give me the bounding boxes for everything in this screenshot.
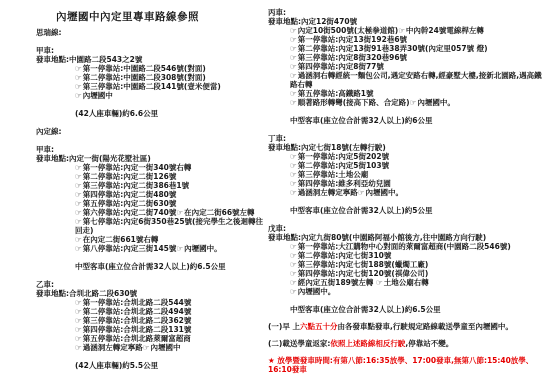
route-stop-line: ☞在內定二街661號右轉 xyxy=(36,235,264,244)
route-stop-line: ☞第三停靠站:合圳北路二段362號 xyxy=(36,316,264,325)
page: 內壢國中內定里專車路線參照 思瑞線:甲車:發車地點:中園路二段543之2號☞第一… xyxy=(0,0,550,389)
pointing-hand-icon: ☞ xyxy=(376,278,384,287)
section-label: 發車地點:中園路二段543之2號 xyxy=(36,55,264,64)
distance-summary: 中型客車(座立位合計需32人以上)約6.5公里 xyxy=(36,262,264,271)
route-stop-line: ☞第二停靠站:內定5街103號 xyxy=(268,161,546,170)
column-left: 思瑞線:甲車:發車地點:中園路二段543之2號☞第一停靠站:中園路二段546號(… xyxy=(36,28,264,370)
note-line: ★ 放學暨發車時間:有第八節:16:35放學、17:00發車,無第八節:15:4… xyxy=(268,356,546,374)
route-stop-line: ☞第一停靠站:合圳北路二段544號 xyxy=(36,298,264,307)
note-text: 依照上述路線相反行駛 xyxy=(330,339,405,348)
route-stop-line: ☞第一停靠站:內定一街340號右轉 xyxy=(36,163,264,172)
route-stop-line: ☞第七停靠站:內定6街350巷25號(接完學生之後迴轉往回走) xyxy=(36,217,264,235)
section-label: 發車地點:內定一街(陽光花墅社區) xyxy=(36,154,264,163)
pointing-hand-icon: ☞ xyxy=(398,26,406,35)
right-lines: 丙車:發車地點:內定12街470號☞內定10街500號(太極拳道館)☞中內幹24… xyxy=(268,8,546,314)
pointing-hand-icon: ☞ xyxy=(75,181,83,190)
route-stop-line: ☞第一停靠站:內定13街192巷6號 xyxy=(268,35,546,44)
section-label: 甲車: xyxy=(36,46,264,55)
route-stop-line: ☞第三停靠站:中園路二段141號(壹米便當) xyxy=(36,82,264,91)
pointing-hand-icon: ☞ xyxy=(290,152,298,161)
pointing-hand-icon: ☞ xyxy=(290,287,298,296)
pointing-hand-icon: ☞ xyxy=(358,188,366,197)
pointing-hand-icon: ☞ xyxy=(75,244,83,253)
route-stop-line: ☞第二停靠站:內定13街91巷38弄30號(內定里057號 燈) xyxy=(268,44,546,53)
route-stop-line: ☞第一停靠站:中園路二段546號(對面) xyxy=(36,64,264,73)
note-line: (一)早 上六點五十分由各發車點發車,行駛規定路線載送學童至內壢國中。 xyxy=(268,322,546,331)
spacer xyxy=(268,107,546,116)
route-stop-line: ☞第五停靠站:合圳北路萊爾富超商 xyxy=(36,334,264,343)
section-label: 戊車: xyxy=(268,224,546,233)
pointing-hand-icon: ☞ xyxy=(290,269,298,278)
pointing-hand-icon: ☞ xyxy=(75,190,83,199)
route-stop-line: ☞第五停靠站:高鐵路1號 xyxy=(268,89,546,98)
note-text: (一)早 上 xyxy=(268,322,300,331)
route-stop-line: ☞第一停靠站:內定5街202號 xyxy=(268,152,546,161)
route-stop-line: ☞第四停靠站:內定8街77號 xyxy=(268,62,546,71)
route-stop-line: ☞順著路形轉彎(接高下路、合定路)☞內壢國中。 xyxy=(268,98,546,107)
spacer xyxy=(36,253,264,262)
pointing-hand-icon: ☞ xyxy=(75,199,83,208)
left-lines: 思瑞線:甲車:發車地點:中園路二段543之2號☞第一停靠站:中園路二段546號(… xyxy=(36,28,264,370)
route-stop-line: ☞第三停靠站:內定七街188號(蠟燭工廠) xyxy=(268,260,546,269)
pointing-hand-icon: ☞ xyxy=(290,44,298,53)
route-stop-line: ☞第二停靠站:中園路二段308號(對面) xyxy=(36,73,264,82)
spacer xyxy=(268,125,546,134)
spacer xyxy=(36,352,264,361)
distance-summary: 中型客車(座立位合計需32人以上)約5公里 xyxy=(268,206,546,215)
route-stop-line: ☞過涵洞右轉經統一麵包公司,遇定安路右轉,經豪墅大樓,接新北園路,遇高鐵路右轉 xyxy=(268,71,546,89)
pointing-hand-icon: ☞ xyxy=(290,278,298,287)
pointing-hand-icon: ☞ xyxy=(290,98,298,107)
distance-summary: (42人座車輛)約5.5公里 xyxy=(36,361,264,370)
route-stop-line: ☞第三停靠站:土地公廟 xyxy=(268,170,546,179)
distance-summary: 中型客車(座立位合計需32人以上)約6.5公里 xyxy=(268,305,546,314)
route-stop-line: ☞第四停靠站:內定二街480號 xyxy=(36,190,264,199)
pointing-hand-icon: ☞ xyxy=(75,217,83,226)
spacer xyxy=(268,296,546,305)
pointing-hand-icon: ☞ xyxy=(75,334,83,343)
spacer xyxy=(36,100,264,109)
pointing-hand-icon: ☞ xyxy=(290,242,298,251)
route-stop-line: ☞第二停靠站:合圳北路二段494號 xyxy=(36,307,264,316)
pointing-hand-icon: ☞ xyxy=(75,163,83,172)
document-title: 內壢國中內定里專車路線參照 xyxy=(20,9,235,24)
route-stop-line: ☞第一停靠站:大江購物中心對面的萊爾富超商(中園路二段546號) xyxy=(268,242,546,251)
spacer xyxy=(36,37,264,46)
star-icon: ★ xyxy=(268,356,275,365)
route-heading: 思瑞線: xyxy=(36,28,264,37)
pointing-hand-icon: ☞ xyxy=(290,26,298,35)
route-stop-line: ☞內定10街500號(太極拳道館)☞中內幹24號電線桿左轉 xyxy=(268,26,546,35)
section-label: 發車地點:內定九街80號(中園路阿福小館後方,往中園路方向行駛) xyxy=(268,233,546,242)
spacer xyxy=(36,136,264,145)
route-stop-line: ☞內壢國中 xyxy=(36,91,264,100)
pointing-hand-icon: ☞ xyxy=(75,235,83,244)
note-text: 放學暨發車時間:有第八節:16:35放學、17:00發車,無第八節:15:40放… xyxy=(268,356,533,374)
section-label: 乙車: xyxy=(36,280,264,289)
pointing-hand-icon: ☞ xyxy=(75,91,83,100)
spacer xyxy=(268,197,546,206)
pointing-hand-icon: ☞ xyxy=(290,161,298,170)
pointing-hand-icon: ☞ xyxy=(75,172,83,181)
route-stop-line: ☞第四停靠站:內定七街120號(祺偉公司) xyxy=(268,269,546,278)
note-text: (二)載送學童返家: xyxy=(268,339,330,348)
pointing-hand-icon: ☞ xyxy=(290,179,298,188)
pointing-hand-icon: ☞ xyxy=(75,316,83,325)
route-stop-line: ☞經內定五街189號左轉 ☞土地公廟右轉 xyxy=(268,278,546,287)
pointing-hand-icon: ☞ xyxy=(410,98,418,107)
pointing-hand-icon: ☞ xyxy=(75,307,83,316)
section-label: 甲車: xyxy=(36,145,264,154)
section-label: 丁車: xyxy=(268,134,546,143)
route-stop-line: ☞過涵洞左轉定寧路☞內壢國中。 xyxy=(268,188,546,197)
pointing-hand-icon: ☞ xyxy=(290,170,298,179)
route-stop-line: ☞內壢國中。 xyxy=(268,287,546,296)
pointing-hand-icon: ☞ xyxy=(290,71,298,80)
section-label: 發車地點:內定12街470號 xyxy=(268,17,546,26)
note-text: 六點五十分 xyxy=(300,322,338,331)
note-text: ,停靠站不變。 xyxy=(405,339,453,348)
pointing-hand-icon: ☞ xyxy=(176,208,184,217)
route-stop-line: ☞第八停靠站:內定三街145號☞內壢國中。 xyxy=(36,244,264,253)
pointing-hand-icon: ☞ xyxy=(75,325,83,334)
route-stop-line: ☞第五停靠站:內定二街630號 xyxy=(36,199,264,208)
route-stop-line: ☞第二停靠站:內定二街126號 xyxy=(36,172,264,181)
pointing-hand-icon: ☞ xyxy=(143,343,151,352)
pointing-hand-icon: ☞ xyxy=(75,82,83,91)
pointing-hand-icon: ☞ xyxy=(75,208,83,217)
pointing-hand-icon: ☞ xyxy=(75,343,83,352)
route-stop-line: ☞第二停靠站:內定七街310號 xyxy=(268,251,546,260)
route-stop-line: ☞第三停靠站:內定8街320巷96號 xyxy=(268,53,546,62)
route-stop-line: ☞過涵洞左轉定寧路☞內壢國中 xyxy=(36,343,264,352)
note-text: 由各發車點發車,行駛規定路線載送學童至內壢國中。 xyxy=(337,322,512,331)
route-stop-line: ☞第三停靠站:內定二街386巷1號 xyxy=(36,181,264,190)
distance-summary: 中型客車(座立位合計需32人以上)約6公里 xyxy=(268,116,546,125)
pointing-hand-icon: ☞ xyxy=(290,260,298,269)
pointing-hand-icon: ☞ xyxy=(75,64,83,73)
pointing-hand-icon: ☞ xyxy=(290,62,298,71)
route-stop-line: ☞第六停靠站:內定二街740號☞在內定二街66號左轉 xyxy=(36,208,264,217)
note-line: (二)載送學童返家:依照上述路線相反行駛,停靠站不變。 xyxy=(268,339,546,348)
spacer xyxy=(36,118,264,127)
pointing-hand-icon: ☞ xyxy=(290,35,298,44)
section-label: 發車地點:內定七街18號(左轉行駛) xyxy=(268,143,546,152)
route-stop-line: ☞第四停靠站:合圳北路二段131號 xyxy=(36,325,264,334)
section-label: 發車地點:合圳北路二段630號 xyxy=(36,289,264,298)
pointing-hand-icon: ☞ xyxy=(176,244,184,253)
section-label: 丙車: xyxy=(268,8,546,17)
distance-summary: (42人座車輛)約6.6公里 xyxy=(36,109,264,118)
pointing-hand-icon: ☞ xyxy=(75,73,83,82)
route-heading: 內定線: xyxy=(36,127,264,136)
pointing-hand-icon: ☞ xyxy=(75,298,83,307)
pointing-hand-icon: ☞ xyxy=(290,251,298,260)
notes: (一)早 上六點五十分由各發車點發車,行駛規定路線載送學童至內壢國中。(二)載送… xyxy=(268,322,546,374)
pointing-hand-icon: ☞ xyxy=(290,53,298,62)
spacer xyxy=(268,215,546,224)
pointing-hand-icon: ☞ xyxy=(290,188,298,197)
column-right: 丙車:發車地點:內定12街470號☞內定10街500號(太極拳道館)☞中內幹24… xyxy=(268,8,546,374)
pointing-hand-icon: ☞ xyxy=(290,89,298,98)
route-stop-line: ☞第四停靠站:維多利亞幼兒園 xyxy=(268,179,546,188)
spacer xyxy=(36,271,264,280)
